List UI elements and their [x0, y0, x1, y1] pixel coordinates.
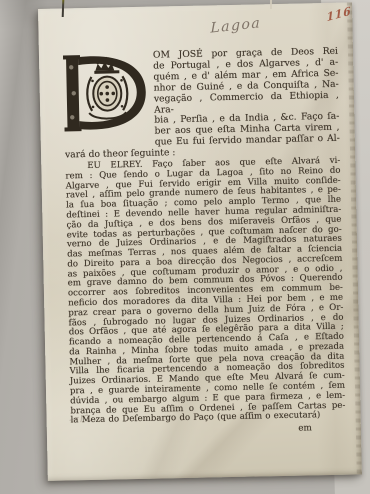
- photographed-document-scene: 116 Lagoa: [0, 0, 370, 494]
- handwritten-annotation: Lagoa: [211, 15, 262, 37]
- body-paragraph: EU ELREY. Faço ſaber aos que eſte Alvará…: [65, 157, 345, 427]
- thread-mark-icon: [270, 0, 272, 9]
- faint-pencil-mark: [68, 412, 94, 425]
- printed-text-block: OM JOSÉ por graça de Deos Reide Portugal…: [63, 47, 346, 439]
- drop-cap-initial-d: [61, 52, 151, 134]
- opening-paragraph: OM JOSÉ por graça de Deos Reide Portugal…: [153, 47, 340, 149]
- document-page: 116 Lagoa: [38, 2, 362, 480]
